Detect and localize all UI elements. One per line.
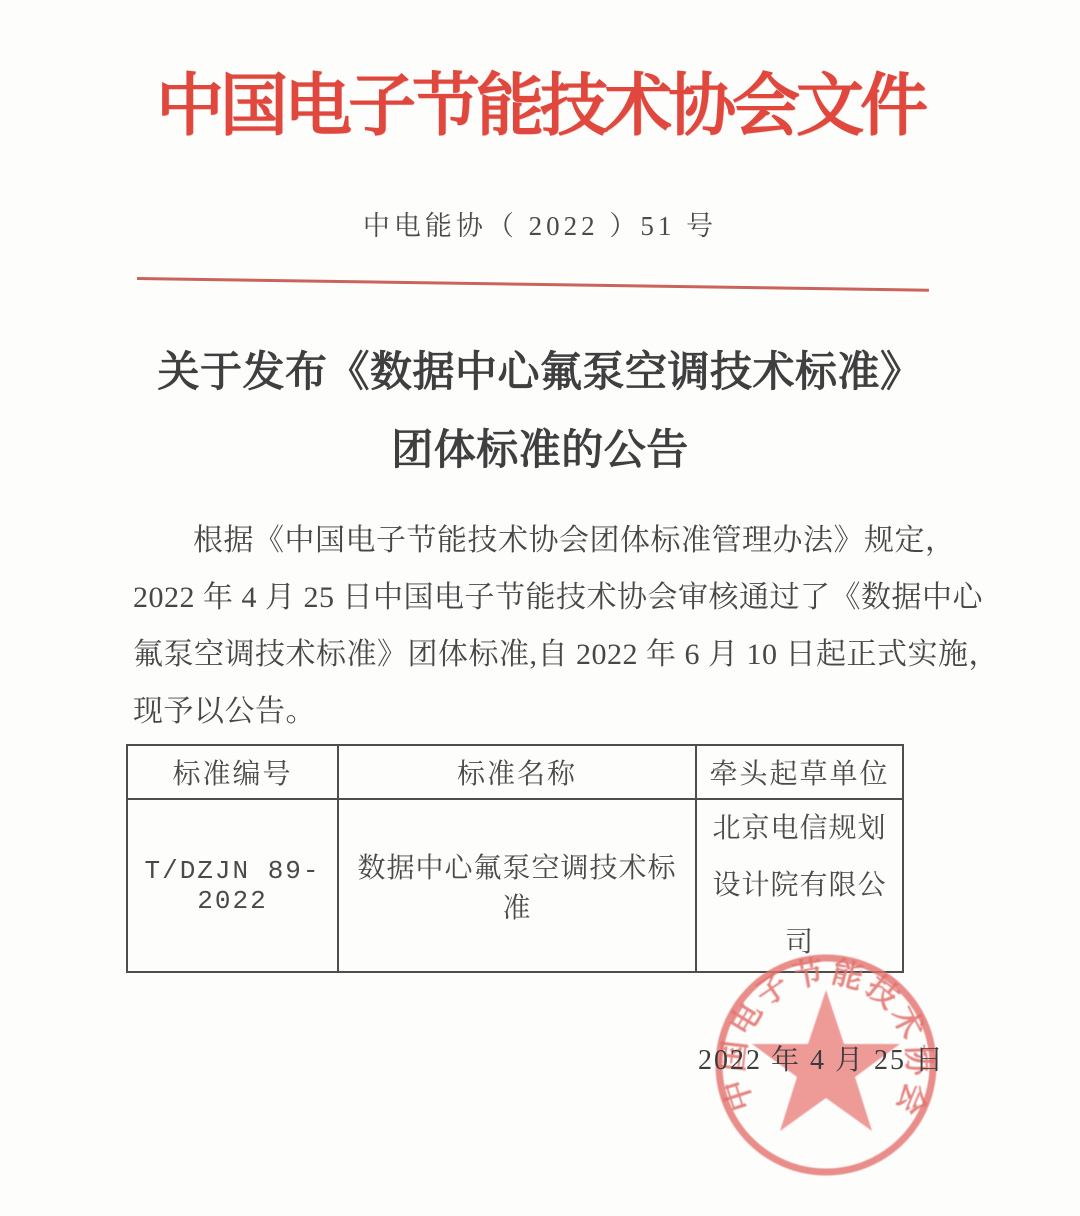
- letterhead-title: 中国电子节能技术协会文件: [0, 52, 1080, 149]
- standard-name-cell: 数据中心氟泵空调技术标准: [338, 799, 696, 972]
- drafting-org-cell: 北京电信规划设计院有限公司: [696, 799, 903, 972]
- body-paragraph: 根据《中国电子节能技术协会团体标准管理办法》规定， 2022 年 4 月 25 …: [133, 512, 948, 740]
- body-line-4: 现予以公告。: [133, 683, 948, 740]
- body-line-2: 2022 年 4 月 25 日中国电子节能技术协会审核通过了《数据中心: [133, 569, 948, 626]
- issue-date: 2022 年 4 月 25 日: [698, 1038, 945, 1078]
- announcement-title-line-2: 团体标准的公告: [0, 412, 1080, 490]
- table-header-standard-name: 标准名称: [338, 745, 696, 799]
- table-header-standard-code: 标准编号: [127, 745, 338, 799]
- body-line-3: 氟泵空调技术标准》团体标准,自 2022 年 6 月 10 日起正式实施，: [133, 626, 948, 683]
- announcement-title: 关于发布《数据中心氟泵空调技术标准》 团体标准的公告: [0, 334, 1080, 490]
- table-header-drafting-org: 牵头起草单位: [696, 745, 903, 799]
- body-line-1: 根据《中国电子节能技术协会团体标准管理办法》规定，: [133, 512, 948, 569]
- document-page: 中国电子节能技术协会文件 中电能协（ 2022 ）51 号 关于发布《数据中心氟…: [0, 0, 1080, 1216]
- letterhead-divider-rule: [137, 277, 929, 292]
- standards-table: 标准编号 标准名称 牵头起草单位 T/DZJN 89-2022 数据中心氟泵空调…: [126, 744, 904, 973]
- announcement-title-line-1: 关于发布《数据中心氟泵空调技术标准》: [0, 334, 1080, 412]
- table-row: T/DZJN 89-2022 数据中心氟泵空调技术标准 北京电信规划设计院有限公…: [127, 799, 903, 972]
- table-header-row: 标准编号 标准名称 牵头起草单位: [127, 745, 903, 799]
- standard-code-cell: T/DZJN 89-2022: [127, 799, 338, 972]
- document-number: 中电能协（ 2022 ）51 号: [0, 204, 1080, 243]
